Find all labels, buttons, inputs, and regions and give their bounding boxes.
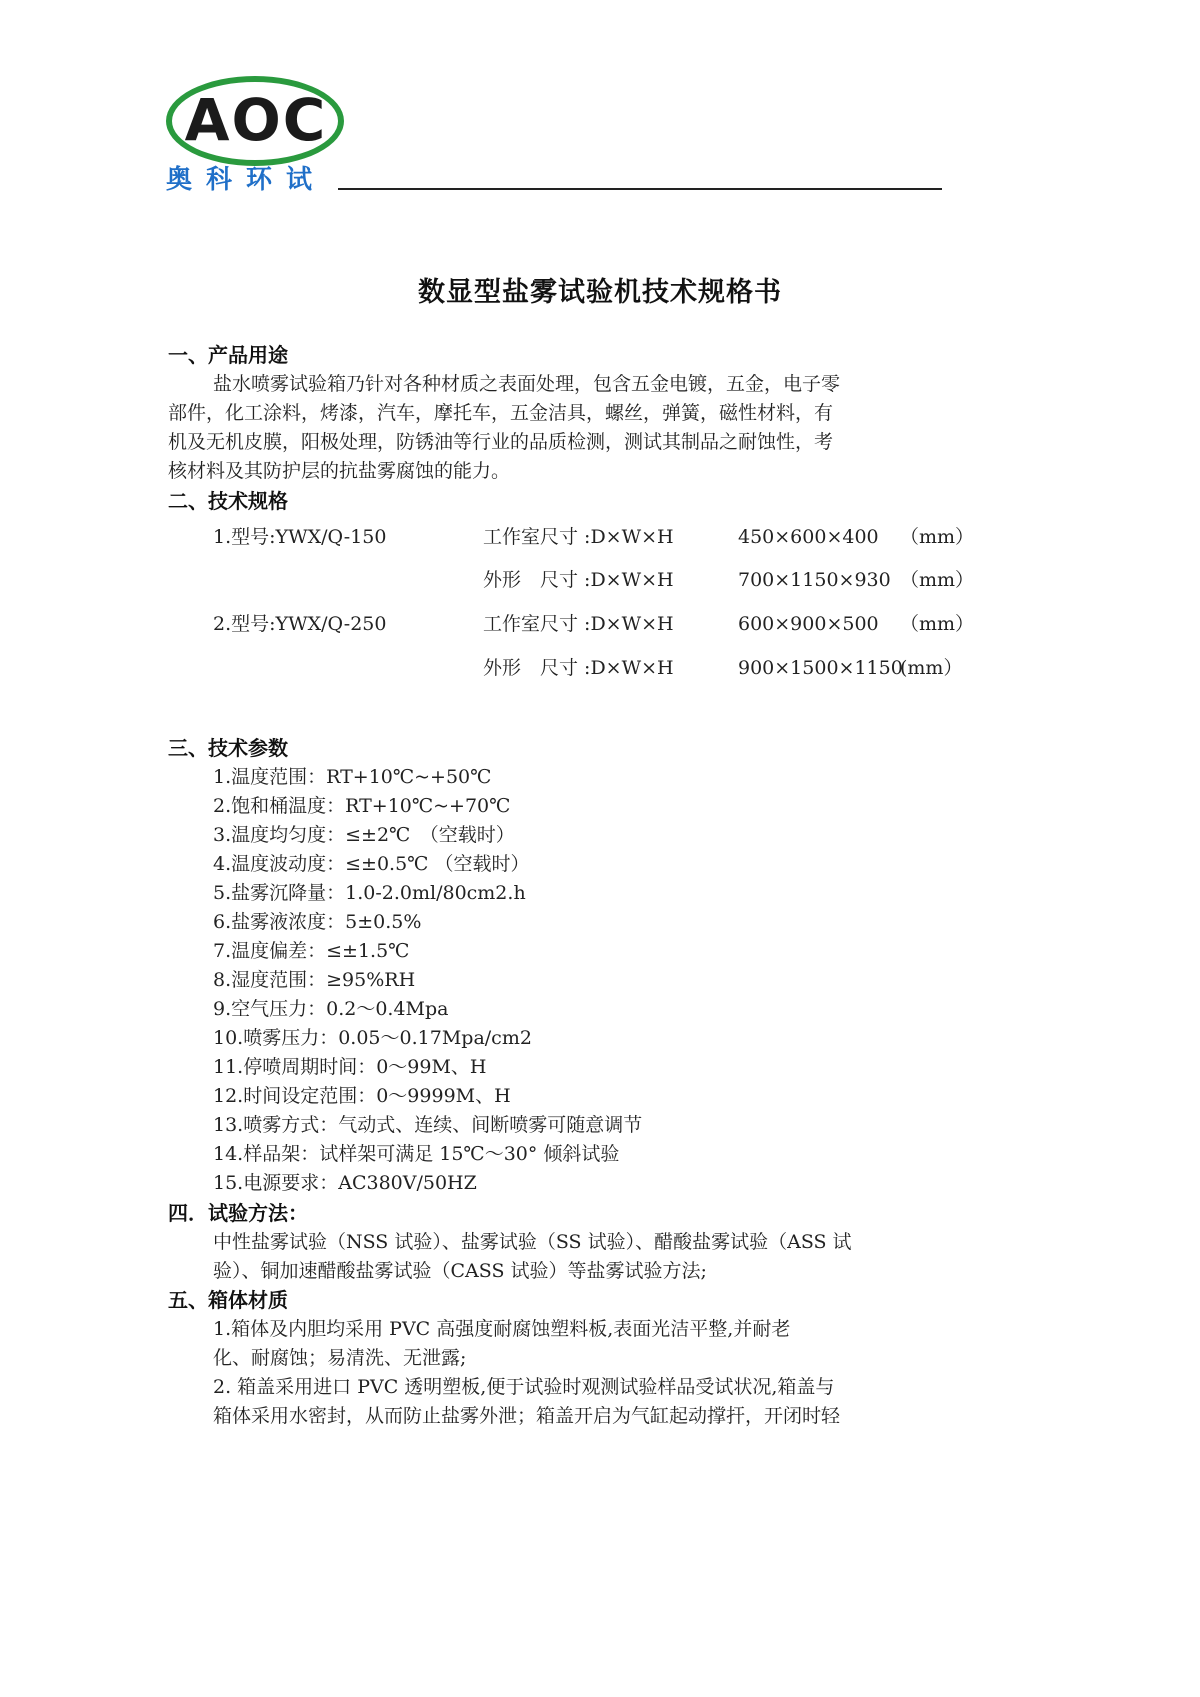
section-heading-params: 三、技术参数: [168, 734, 288, 763]
spec-value: 600×900×500: [738, 610, 879, 639]
purpose-line: 部件，化工涂料，烤漆，汽车，摩托车，五金洁具，螺丝，弹簧，磁性材料，有: [168, 399, 833, 428]
param-item: 4.温度波动度：≤±0.5℃ （空载时）: [213, 850, 529, 879]
param-item: 8.湿度范围：≥95%RH: [213, 966, 415, 995]
spec-value: 900×1500×1150: [738, 654, 903, 683]
spec-label: 工作室尺寸 :D×W×H: [483, 523, 674, 552]
param-item: 11.停喷周期时间：0～99M、H: [213, 1053, 487, 1082]
purpose-line: 盐水喷雾试验箱乃针对各种材质之表面处理，包含五金电镀，五金，电子零: [213, 370, 840, 399]
spec-label: 外形 尺寸 :D×W×H: [483, 566, 674, 595]
section-heading-material: 五、箱体材质: [168, 1286, 288, 1315]
spec-unit: （mm）: [900, 566, 974, 595]
param-item: 15.电源要求：AC380V/50HZ: [213, 1169, 477, 1198]
section-heading-purpose: 一、产品用途: [168, 341, 288, 370]
param-item: 2.饱和桶温度：RT+10℃~+70℃: [213, 792, 510, 821]
spec-label: 外形 尺寸 :D×W×H: [483, 654, 674, 683]
param-item: 13.喷雾方式：气动式、连续、间断喷雾可随意调节: [213, 1111, 642, 1140]
param-item: 9.空气压力：0.2～0.4Mpa: [213, 995, 449, 1024]
logo-company-name: 奥科环试: [166, 164, 350, 196]
purpose-line: 核材料及其防护层的抗盐雾腐蚀的能力。: [168, 457, 510, 486]
param-item: 7.温度偏差：≤±1.5℃: [213, 937, 409, 966]
spec-value: 700×1150×930: [738, 566, 891, 595]
company-logo: AOC 奥科环试: [162, 74, 350, 200]
spec-label: 工作室尺寸 :D×W×H: [483, 610, 674, 639]
spec-unit: （mm）: [900, 610, 974, 639]
param-item: 5.盐雾沉降量：1.0-2.0ml/80cm2.h: [213, 879, 526, 908]
material-line: 2. 箱盖采用进口 PVC 透明塑板,便于试验时观测试验样品受试状况,箱盖与: [213, 1373, 834, 1402]
section-heading-specs: 二、技术规格: [168, 487, 288, 516]
header-divider: [338, 188, 942, 190]
param-item: 6.盐雾液浓度：5±0.5%: [213, 908, 421, 937]
param-item: 1.温度范围：RT+10℃~+50℃: [213, 763, 491, 792]
methods-line: 验）、铜加速醋酸盐雾试验（CASS 试验）等盐雾试验方法;: [213, 1257, 707, 1286]
material-line: 1.箱体及内胆均采用 PVC 高强度耐腐蚀塑料板,表面光洁平整,并耐老: [213, 1315, 790, 1344]
spec-unit: (mm）: [900, 654, 962, 683]
purpose-line: 机及无机皮膜，阳极处理，防锈油等行业的品质检测，测试其制品之耐蚀性，考: [168, 428, 833, 457]
section-heading-methods: 四．试验方法：: [168, 1199, 308, 1228]
param-item: 12.时间设定范围：0～9999M、H: [213, 1082, 511, 1111]
spec-value: 450×600×400: [738, 523, 879, 552]
param-item: 14.样品架：试样架可满足 15℃～30° 倾斜试验: [213, 1140, 619, 1169]
model-name: 1.型号:YWX/Q-150: [213, 523, 387, 552]
spec-unit: （mm）: [900, 523, 974, 552]
document-title: 数显型盐雾试验机技术规格书: [0, 270, 1200, 309]
logo-brand-text: AOC: [162, 88, 350, 152]
material-line: 化、耐腐蚀；易清洗、无泄露;: [213, 1344, 466, 1373]
material-line: 箱体采用水密封，从而防止盐雾外泄；箱盖开启为气缸起动撑扞，开闭时轻: [213, 1402, 840, 1431]
methods-line: 中性盐雾试验（NSS 试验）、盐雾试验（SS 试验）、醋酸盐雾试验（ASS 试: [213, 1228, 852, 1257]
model-name: 2.型号:YWX/Q-250: [213, 610, 387, 639]
param-item: 3.温度均匀度：≤±2℃ （空载时）: [213, 821, 515, 850]
param-item: 10.喷雾压力：0.05～0.17Mpa/cm2: [213, 1024, 532, 1053]
